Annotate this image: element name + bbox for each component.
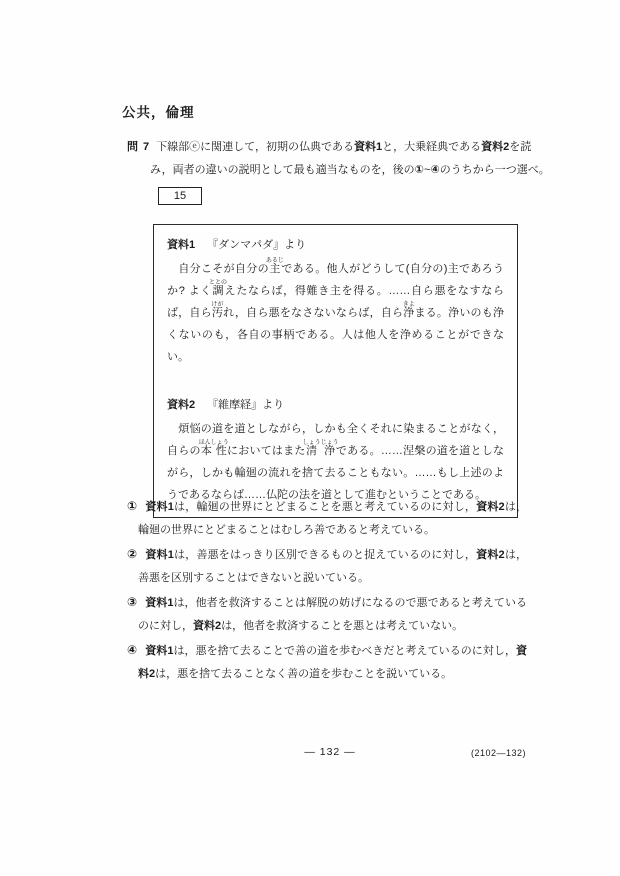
source-2-title: 『維摩経』より: [207, 399, 284, 411]
option-3-number: ③: [127, 595, 137, 609]
booklet-code: (2102—132): [471, 748, 526, 758]
answer-options: ①資料1は，輪廻の世界にとどまることを悪と考えているのに対し，資料2は，輪廻の世…: [127, 495, 527, 687]
question-text: 下線部ⓔに関連して，初期の仏典である資料1と，大乗経典である資料2を読み，両者の…: [150, 141, 550, 176]
source-2-label: 資料2: [167, 399, 195, 411]
option-2-text: 資料1は，善悪をはっきり区別できるものと捉えているのに対し，資料2は，善悪を区別…: [138, 549, 527, 584]
page-number: — 132 —: [0, 746, 620, 758]
option-4-number: ④: [127, 643, 137, 657]
option-2: ②資料1は，善悪をはっきり区別できるものと捉えているのに対し，資料2は，善悪を区…: [127, 543, 527, 589]
answer-number-box: 15: [158, 187, 202, 205]
question-number: 問 7: [127, 141, 150, 153]
source-1-label: 資料1: [167, 239, 195, 251]
option-2-number: ②: [127, 547, 137, 561]
option-4-text: 資料1は，悪を捨て去ることで善の道を歩むべきだと考えているのに対し，資料2は，悪…: [138, 645, 527, 680]
option-1: ①資料1は，輪廻の世界にとどまることを悪と考えているのに対し，資料2は，輪廻の世…: [127, 495, 527, 541]
source-2-heading: 資料2『維摩経』より: [167, 394, 504, 416]
option-3-text: 資料1は，他者を救済することは解脱の妨げになるので悪であると考えているのに対し，…: [138, 597, 527, 632]
source-1-title: 『ダンマパダ』より: [207, 239, 306, 251]
source-1: 資料1『ダンマパダ』より 自分こそが自分の主あるじである。他人がどうして(自分の…: [167, 234, 504, 368]
source-materials-box: 資料1『ダンマパダ』より 自分こそが自分の主あるじである。他人がどうして(自分の…: [153, 224, 518, 518]
exam-page: 公共，倫理 問 7下線部ⓔに関連して，初期の仏典である資料1と，大乗経典である資…: [0, 0, 620, 876]
source-2: 資料2『維摩経』より 煩悩の道を道としながら，しかも全くそれに染まることがなく，…: [167, 394, 504, 506]
option-1-number: ①: [127, 499, 137, 513]
subject-title: 公共，倫理: [122, 101, 195, 121]
option-4: ④資料1は，悪を捨て去ることで善の道を歩むべきだと考えているのに対し，資料2は，…: [127, 639, 527, 685]
source-2-text: 煩悩の道を道としながら，しかも全くそれに染まることがなく，自らの本性ほんしょうに…: [167, 418, 504, 506]
question-block: 問 7下線部ⓔに関連して，初期の仏典である資料1と，大乗経典である資料2を読み，…: [127, 136, 550, 205]
option-3: ③資料1は，他者を救済することは解脱の妨げになるので悪であると考えているのに対し…: [127, 591, 527, 637]
source-1-heading: 資料1『ダンマパダ』より: [167, 234, 504, 256]
source-1-text: 自分こそが自分の主あるじである。他人がどうして(自分の)主であろうか? よく調と…: [167, 258, 504, 368]
option-1-text: 資料1は，輪廻の世界にとどまることを悪と考えているのに対し，資料2は，輪廻の世界…: [138, 501, 527, 536]
